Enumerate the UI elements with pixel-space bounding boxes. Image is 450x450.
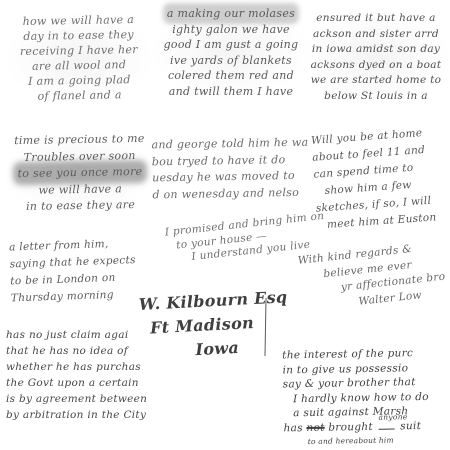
- handwriting-fragment-mid-center: and george told him he wa bou tryed to h…: [151, 135, 316, 204]
- handwriting-line-smudged: to see you once more: [6, 164, 154, 183]
- ink-smudge: a making our molases: [167, 7, 295, 20]
- handwriting-line: colered them red and: [152, 68, 310, 84]
- inserted-word: anyone: [378, 410, 407, 425]
- handwriting-line: ackson and sister arrd: [303, 27, 449, 43]
- handwriting-line: ive yards of blankets: [152, 53, 310, 69]
- handwriting-line: in to ease they are: [6, 197, 154, 216]
- edit-mid: brought: [328, 420, 373, 433]
- handwriting-line: and twill them I have: [152, 84, 310, 100]
- scanned-letter-montage: how we will have a day in to ease they r…: [0, 0, 450, 450]
- handwriting-line: that he has no idea of: [6, 343, 154, 359]
- handwriting-fragment-top-center: a making our molases ighty galon we have…: [152, 6, 310, 99]
- handwriting-line: acksons dyed on a boat: [303, 58, 449, 74]
- handwriting-line: and george told him he wa: [151, 135, 315, 154]
- handwriting-line: I hardly know how to do: [283, 389, 447, 406]
- handwriting-line: below St louis in a: [303, 89, 449, 105]
- ink-smudge: to see you once more: [17, 165, 142, 180]
- handwriting-fragment-promise-note: I promised and bring him on to your hous…: [164, 212, 312, 267]
- handwriting-line: ighty galon we have: [152, 22, 310, 38]
- handwriting-line: we are started home to: [303, 73, 449, 89]
- inserted-word-mark: anyone: [378, 419, 394, 434]
- handwriting-line: has no just claim agai: [6, 327, 154, 343]
- handwriting-small-line: to and hereabout him: [284, 433, 448, 450]
- handwriting-fragment-letter-note: a letter from him, saying that he expect…: [9, 235, 151, 308]
- handwriting-line: ensured it but have a: [303, 11, 449, 27]
- handwriting-line: in iowa amidst son day: [303, 42, 449, 58]
- handwriting-fragment-address: W. Kilbourn Esq Ft Madison Iowa: [138, 285, 294, 365]
- handwriting-line: time is precious to me: [5, 131, 153, 150]
- handwriting-line: of flanel and a: [7, 87, 153, 105]
- handwriting-line: good I am gust a going: [152, 37, 310, 53]
- handwriting-fragment-bottom-right: the interest of the purc in to give us p…: [282, 346, 448, 450]
- struck-word: not: [306, 421, 324, 433]
- handwriting-line: receiving I have her: [6, 42, 152, 60]
- handwriting-fragment-signature: With kind regards & believe me ever yr a…: [297, 238, 450, 315]
- handwriting-line: I am a going plad: [6, 72, 152, 90]
- handwriting-fragment-mid-right: Will you be at home about to feel 11 and…: [311, 123, 450, 234]
- handwriting-line-smudged: a making our molases: [152, 6, 310, 22]
- handwriting-fragment-top-right: ensured it but have a ackson and sister …: [303, 11, 449, 104]
- handwriting-line: by arbitration in the City: [6, 407, 154, 423]
- handwriting-fragment-mid-left: time is precious to me Troubles over soo…: [5, 131, 154, 216]
- handwriting-fragment-bottom-left: has no just claim agai that he has no id…: [6, 327, 154, 423]
- handwriting-line: d on wenesday and nelso: [152, 184, 316, 203]
- handwriting-line: Thursday morning: [11, 286, 152, 308]
- handwriting-line: is by agreement between: [6, 391, 154, 407]
- handwriting-fragment-top-left: how we will have a day in to ease they r…: [5, 12, 153, 105]
- handwriting-line: whether he has purchas: [6, 359, 154, 375]
- handwriting-line: the Govt upon a certain: [6, 375, 154, 391]
- edit-pre: has: [283, 422, 303, 434]
